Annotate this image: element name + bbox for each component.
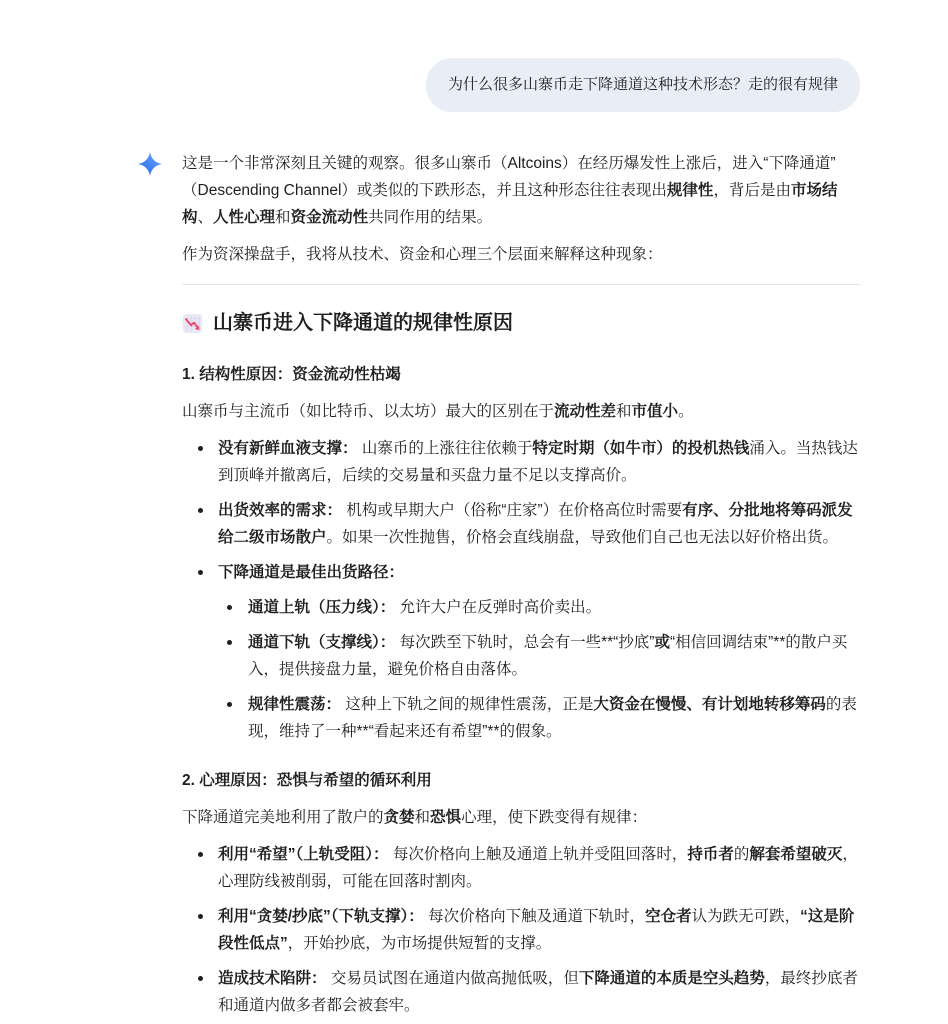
bold-text-run: 空仓者 xyxy=(645,908,692,925)
list-item: 出货效率的需求： 机构或早期大户（俗称“庄家”）在价格高位时需要有序、分批地将筹… xyxy=(182,497,860,551)
bold-text-run: 下降通道的本质是空头趋势 xyxy=(579,970,765,987)
bold-text-run: 持币者 xyxy=(687,846,734,863)
bold-text-run: 通道上轨（压力线）： xyxy=(248,599,395,616)
nested-list-item: 通道下轨（支撑线）： 每次跌至下轨时，总会有一些**“抄底”或“相信回调结束”*… xyxy=(218,629,860,683)
user-message-text: 为什么很多山寨币走下降通道这种技术形态？走的很有规律 xyxy=(448,76,838,93)
text-run: 允许大户在反弹时高价卖出。 xyxy=(395,599,601,616)
bold-text-run: 规律性震荡： xyxy=(248,696,341,713)
bold-text-run: 市值小 xyxy=(632,403,679,420)
bold-text-run: 人性心理 xyxy=(213,209,275,226)
paragraph: 这是一个非常深刻且关键的观察。很多山寨币（Altcoins）在经历爆发性上涨后，… xyxy=(182,150,860,231)
bullet-list: 没有新鲜血液支撑： 山寨币的上涨往往依赖于特定时期（如牛市）的投机热钱涌入。当热… xyxy=(182,435,860,745)
bullet-list: 利用“希望”（上轨受阻）： 每次价格向上触及通道上轨并受阻回落时，持币者的解套希… xyxy=(182,841,860,1019)
user-message-bubble: 为什么很多山寨币走下降通道这种技术形态？走的很有规律 xyxy=(426,58,860,112)
paragraph: 下降通道完美地利用了散户的贪婪和恐惧心理，使下跌变得有规律： xyxy=(182,804,860,831)
paragraph: 山寨币与主流币（如比特币、以太坊）最大的区别在于流动性差和市值小。 xyxy=(182,398,860,425)
bold-text-run: 贪婪 xyxy=(384,809,415,826)
chat-thread: 为什么很多山寨币走下降通道这种技术形态？走的很有规律 这是一个非常深刻且关键的观… xyxy=(0,0,948,1024)
bold-text-run: 利用“贪婪/抄底”（下轨支撑）： xyxy=(218,908,424,925)
text-run: 下降通道完美地利用了散户的 xyxy=(182,809,384,826)
bold-text-run: 利用“希望”（上轨受阻）： xyxy=(218,846,389,863)
text-run: 作为资深操盘手，我将从技术、资金和心理三个层面来解释这种现象： xyxy=(182,246,663,263)
text-run: 机构或早期大户（俗称“庄家”）在价格高位时需要 xyxy=(342,502,682,519)
section-heading-text: 山寨币进入下降通道的规律性原因 xyxy=(213,309,513,337)
text-run: 。 xyxy=(678,403,694,420)
text-run: 和 xyxy=(616,403,632,420)
list-item: 下降通道是最佳出货路径：通道上轨（压力线）： 允许大户在反弹时高价卖出。通道下轨… xyxy=(182,559,860,745)
list-item: 利用“贪婪/抄底”（下轨支撑）： 每次价格向下触及通道下轨时，空仓者认为跌无可跌… xyxy=(182,903,860,957)
list-item: 没有新鲜血液支撑： 山寨币的上涨往往依赖于特定时期（如牛市）的投机热钱涌入。当热… xyxy=(182,435,860,489)
text-run: ，开始抄底，为市场提供短暂的支撑。 xyxy=(288,935,552,952)
sub-heading: 1. 结构性原因：资金流动性枯竭 xyxy=(182,361,860,388)
text-run: 交易员试图在通道内做高抛低吸，但 xyxy=(327,970,579,987)
bold-text-run: 资金流动性 xyxy=(291,209,369,226)
text-run: 山寨币与主流币（如比特币、以太坊）最大的区别在于 xyxy=(182,403,554,420)
chart-decreasing-icon xyxy=(182,313,203,334)
text-run: ，背后是由 xyxy=(713,182,791,199)
bold-text-run: 大资金在慢慢、有计划地转移筹码 xyxy=(593,696,826,713)
bold-text-run: 下降通道是最佳出货路径： xyxy=(218,564,404,581)
bold-text-run: 解套希望破灭 xyxy=(749,846,842,863)
list-item: 利用“希望”（上轨受阻）： 每次价格向上触及通道上轨并受阻回落时，持币者的解套希… xyxy=(182,841,860,895)
text-run: 每次跌至下轨时，总会有一些**“抄底” xyxy=(395,634,654,651)
nested-list-item: 通道上轨（压力线）： 允许大户在反弹时高价卖出。 xyxy=(218,594,860,621)
bold-text-run: 出货效率的需求： xyxy=(218,502,342,519)
nested-list-item: 规律性震荡： 这种上下轨之间的规律性震荡，正是大资金在慢慢、有计划地转移筹码的表… xyxy=(218,691,860,745)
user-message-row: 为什么很多山寨币走下降通道这种技术形态？走的很有规律 xyxy=(137,58,860,112)
bold-text-run: 造成技术陷阱： xyxy=(218,970,327,987)
text-run: 每次价格向上触及通道上轨并受阻回落时， xyxy=(389,846,688,863)
bold-text-run: 或 xyxy=(654,634,670,651)
list-item: 造成技术陷阱： 交易员试图在通道内做高抛低吸，但下降通道的本质是空头趋势，最终抄… xyxy=(182,965,860,1019)
bold-text-run: 恐惧 xyxy=(430,809,461,826)
text-run: 心理，使下跌变得有规律： xyxy=(461,809,647,826)
bold-text-run: 流动性差 xyxy=(554,403,616,420)
assistant-message-content: 这是一个非常深刻且关键的观察。很多山寨币（Altcoins）在经历爆发性上涨后，… xyxy=(182,150,860,1024)
bold-text-run: 通道下轨（支撑线）： xyxy=(248,634,395,651)
bold-text-run: 没有新鲜血液支撑： xyxy=(218,440,358,457)
paragraph: 作为资深操盘手，我将从技术、资金和心理三个层面来解释这种现象： xyxy=(182,241,860,268)
section-divider xyxy=(182,284,860,285)
text-run: 每次价格向下触及通道下轨时， xyxy=(424,908,645,925)
text-run: 、 xyxy=(198,209,214,226)
text-run: 和 xyxy=(415,809,431,826)
text-run: 和 xyxy=(275,209,291,226)
nested-bullet-list: 通道上轨（压力线）： 允许大户在反弹时高价卖出。通道下轨（支撑线）： 每次跌至下… xyxy=(218,594,860,745)
text-run: 这种上下轨之间的规律性震荡，正是 xyxy=(341,696,593,713)
text-run: 共同作用的结果。 xyxy=(368,209,492,226)
bold-text-run: 特定时期（如牛市）的投机热钱 xyxy=(532,440,749,457)
text-run: 的 xyxy=(734,846,750,863)
text-run: 。如果一次性抛售，价格会直线崩盘，导致他们自己也无法以好价格出货。 xyxy=(327,529,839,546)
sub-heading: 2. 心理原因：恐惧与希望的循环利用 xyxy=(182,767,860,794)
text-run: 山寨币的上涨往往依赖于 xyxy=(358,440,533,457)
bold-text-run: 规律性 xyxy=(667,182,714,199)
section-heading: 山寨币进入下降通道的规律性原因 xyxy=(182,309,860,337)
assistant-message-row: 这是一个非常深刻且关键的观察。很多山寨币（Altcoins）在经历爆发性上涨后，… xyxy=(137,150,860,1024)
text-run: 认为跌无可跌， xyxy=(692,908,801,925)
gemini-sparkle-icon xyxy=(137,151,163,177)
